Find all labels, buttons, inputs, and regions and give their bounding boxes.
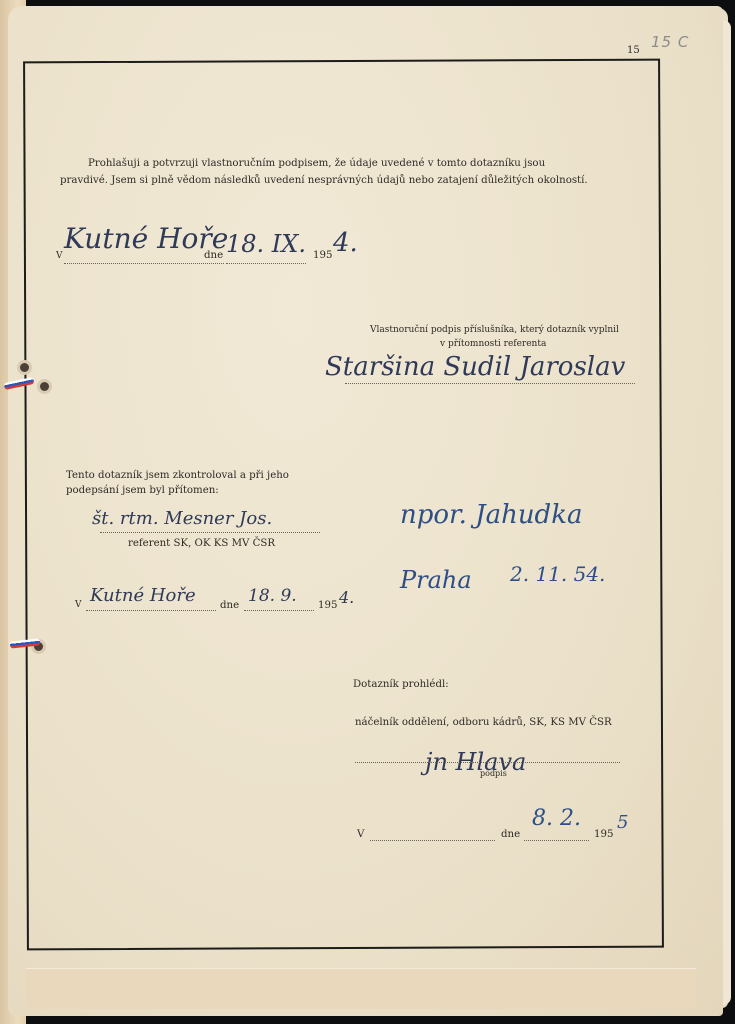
referent-place-handwritten: Kutné Hoře [90, 585, 196, 606]
place-field [64, 263, 224, 264]
review-place-prefix: V [357, 826, 364, 844]
referent-signature-line [100, 532, 320, 533]
date-label: dne [204, 247, 223, 265]
referent-text-2: podepsání jsem byl přítomen: [66, 482, 219, 500]
blue-date: 2. 11. 54. [510, 562, 605, 586]
year-prefix: 195 [313, 247, 332, 265]
year-handwritten: 4. [333, 228, 358, 258]
member-signature-line [345, 383, 635, 384]
review-label: Dotazník prohlédl: [353, 676, 449, 694]
referent-year-handwritten: 4. [339, 588, 354, 607]
blue-signature: npor. Jahudka [400, 500, 582, 530]
review-year-prefix: 195 [594, 826, 613, 844]
referent-place-field [86, 610, 216, 611]
declaration-line-1: Prohlašuji a potvrzuji vlastnoručním pod… [88, 155, 545, 173]
member-signature: Staršina Sudil Jaroslav [325, 352, 625, 382]
referent-date-field [244, 610, 314, 611]
review-signature-line [355, 762, 620, 763]
date-handwritten: 18. IX. [226, 230, 306, 258]
review-role: náčelník oddělení, odboru kádrů, SK, KS … [355, 714, 612, 732]
date-field [226, 263, 306, 264]
declaration-line-2: pravdivé. Jsem si plně vědom následků uv… [60, 172, 588, 190]
page-number: 15 [627, 45, 640, 56]
referent-year-prefix: 195 [318, 597, 337, 615]
review-year-handwritten: 5 [617, 812, 628, 833]
member-signature-label-2: v přítomnosti referenta [440, 335, 546, 353]
referent-place-prefix: V [75, 596, 82, 614]
page-bottom-edge [26, 968, 696, 1009]
blue-place: Praha [400, 566, 472, 594]
place-prefix: V [56, 247, 63, 265]
referent-date-label: dne [220, 597, 239, 615]
pencil-page-number: 15 C [651, 33, 689, 51]
review-date-field [524, 840, 589, 841]
binding-hole [20, 363, 29, 372]
review-date-label: dne [501, 826, 520, 844]
referent-role: referent SK, OK KS MV ČSR [128, 535, 275, 553]
review-date-handwritten: 8. 2. [532, 806, 581, 831]
referent-signature: št. rtm. Mesner Jos. [92, 508, 272, 529]
referent-date-handwritten: 18. 9. [248, 586, 297, 606]
binding-hole [40, 382, 49, 391]
review-signature-caption: podpis [480, 765, 507, 783]
review-place-field [370, 840, 495, 841]
